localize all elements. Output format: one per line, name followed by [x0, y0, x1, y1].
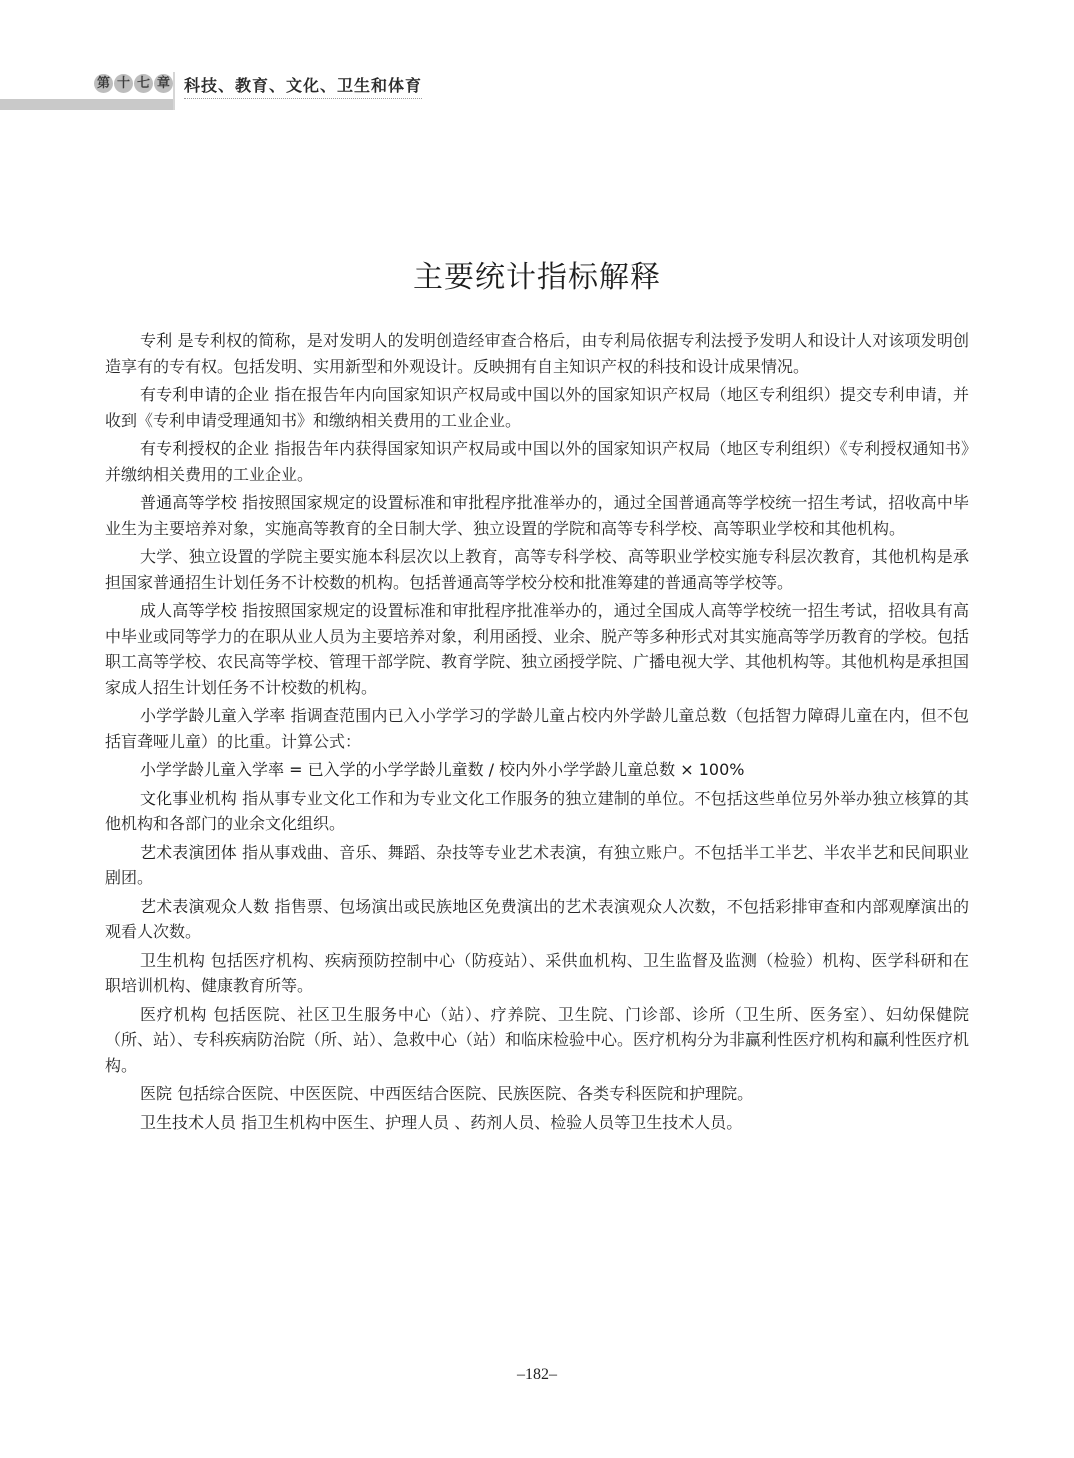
header-gray-bar — [0, 99, 173, 110]
term-label: 有专利申请的企业 — [140, 385, 269, 404]
chapter-badge: 七 — [134, 74, 153, 93]
term-label: 小学学龄儿童入学率 — [140, 706, 285, 725]
definition-paragraph: 大学、独立设置的学院主要实施本科层次以上教育，高等专科学校、高等职业学校实施专科… — [105, 544, 969, 595]
definition-paragraph: 卫生机构 包括医疗机构、疾病预防控制中心（防疫站）、采供血机构、卫生监督及监测（… — [105, 948, 969, 999]
definition-paragraph: 有专利申请的企业 指在报告年内向国家知识产权局或中国以外的国家知识产权局（地区专… — [105, 382, 969, 433]
definition-text: 包括医院、社区卫生服务中心（站）、疗养院、卫生院、门诊部、诊所（卫生所、医务室）… — [105, 1005, 969, 1075]
term-label: 卫生机构 — [140, 951, 205, 970]
term-label: 艺术表演团体 — [140, 843, 237, 862]
page-title: 主要统计指标解释 — [0, 252, 1074, 296]
definition-paragraph: 医院 包括综合医院、中医医院、中西医结合医院、民族医院、各类专科医院和护理院。 — [105, 1081, 969, 1107]
definition-text: 是专利权的简称，是对发明人的发明创造经审查合格后，由专利局依据专利法授予发明人和… — [105, 331, 969, 376]
header-divider — [173, 72, 175, 110]
definition-text: 指卫生机构中医生、护理人员 、药剂人员、检验人员等卫生技术人员。 — [236, 1113, 742, 1132]
definition-text: 包括医疗机构、疾病预防控制中心（防疫站）、采供血机构、卫生监督及监测（检验）机构… — [105, 951, 969, 996]
term-label: 医院 — [140, 1084, 172, 1103]
definition-paragraph: 艺术表演团体 指从事戏曲、音乐、舞蹈、杂技等专业艺术表演，有独立账户。不包括半工… — [105, 840, 969, 891]
definition-paragraph: 专利 是专利权的简称，是对发明人的发明创造经审查合格后，由专利局依据专利法授予发… — [105, 328, 969, 379]
term-label: 艺术表演观众人数 — [140, 897, 269, 916]
term-label: 文化事业机构 — [140, 789, 237, 808]
definition-paragraph: 医疗机构 包括医院、社区卫生服务中心（站）、疗养院、卫生院、门诊部、诊所（卫生所… — [105, 1002, 969, 1079]
definition-paragraph: 成人高等学校 指按照国家规定的设置标准和审批程序批准举办的，通过全国成人高等学校… — [105, 598, 969, 700]
running-header: 第 十 七 章 科技、教育、文化、卫生和体育 — [0, 70, 1074, 114]
term-label: 专利 — [140, 331, 172, 350]
term-label: 普通高等学校 — [140, 493, 237, 512]
definition-paragraph: 有专利授权的企业 指报告年内获得国家知识产权局或中国以外的国家知识产权局（地区专… — [105, 436, 969, 487]
definition-paragraph: 卫生技术人员 指卫生机构中医生、护理人员 、药剂人员、检验人员等卫生技术人员。 — [105, 1110, 969, 1136]
chapter-badge: 第 — [94, 74, 113, 93]
definition-paragraph: 文化事业机构 指从事专业文化工作和为专业文化工作服务的独立建制的单位。不包括这些… — [105, 786, 969, 837]
term-label: 医疗机构 — [140, 1005, 207, 1024]
chapter-badge: 十 — [114, 74, 133, 93]
definition-paragraph: 普通高等学校 指按照国家规定的设置标准和审批程序批准举办的，通过全国普通高等学校… — [105, 490, 969, 541]
definition-paragraph: 艺术表演观众人数 指售票、包场演出或民族地区免费演出的艺术表演观众人次数，不包括… — [105, 894, 969, 945]
chapter-label: 第 十 七 章 — [94, 74, 173, 93]
definition-paragraph: 小学学龄儿童入学率 指调查范围内已入小学学习的学龄儿童占校内外学龄儿童总数（包括… — [105, 703, 969, 754]
definitions-body: 专利 是专利权的简称，是对发明人的发明创造经审查合格后，由专利局依据专利法授予发… — [105, 328, 969, 1138]
term-label: 有专利授权的企业 — [140, 439, 269, 458]
chapter-badge: 章 — [154, 74, 173, 93]
term-label: 成人高等学校 — [140, 601, 237, 620]
page-number: –182– — [0, 1366, 1074, 1384]
definition-text: 包括综合医院、中医医院、中西医结合医院、民族医院、各类专科医院和护理院。 — [172, 1084, 753, 1103]
enrollment-rate-formula: 小学学龄儿童入学率 = 已入学的小学学龄儿童数 / 校内外小学学龄儿童总数 × … — [105, 757, 969, 783]
term-label: 卫生技术人员 — [140, 1113, 236, 1132]
definition-text: 大学、独立设置的学院主要实施本科层次以上教育，高等专科学校、高等职业学校实施专科… — [105, 547, 969, 592]
chapter-title: 科技、教育、文化、卫生和体育 — [184, 73, 422, 99]
